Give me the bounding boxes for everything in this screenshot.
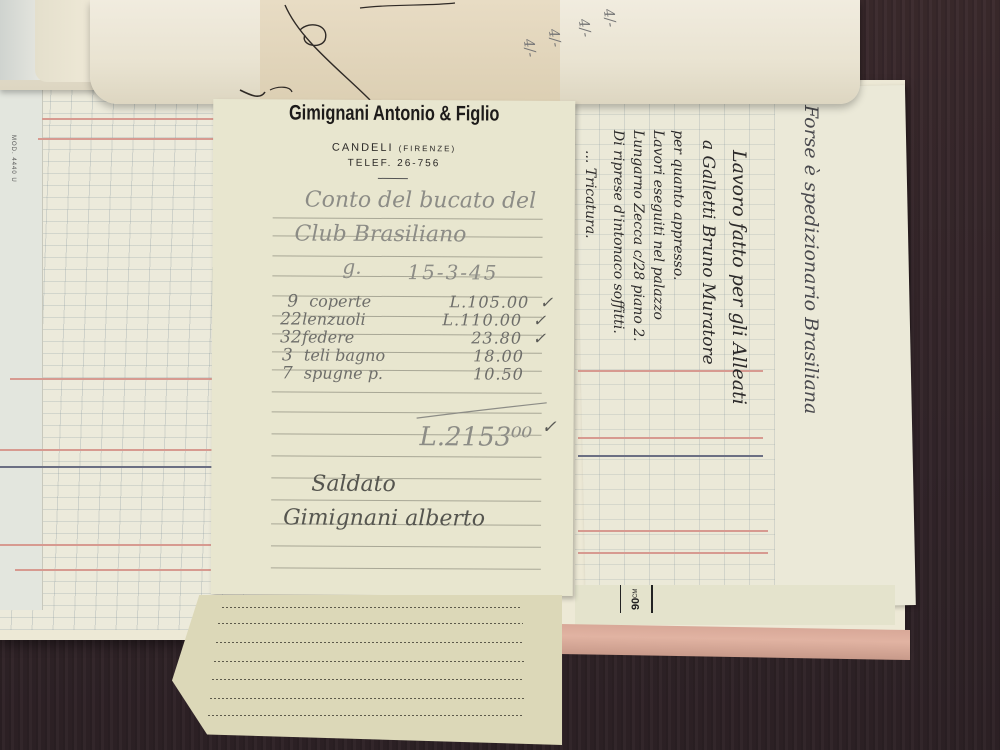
receipt-title-line-2: Club Brasiliano — [295, 221, 467, 247]
right-sheet-line: a Galletti Bruno Muratore — [698, 140, 718, 365]
tag-dotted-line — [218, 623, 523, 624]
ledger-red-rule — [0, 449, 230, 451]
margin-note: Forse è spedizionario Brasiliana — [800, 105, 822, 414]
total-check-icon: ✓ — [542, 417, 557, 438]
receipt-total: L.2153⁰⁰ — [419, 422, 532, 453]
company-name: Gimignani Antonio & Figlio — [253, 101, 535, 126]
ledger-red-rule — [10, 378, 238, 380]
item-amount: L.105.00 — [449, 292, 529, 311]
check-mark-icon: ✓ — [533, 329, 547, 348]
size-unit: CM — [633, 588, 639, 597]
company-phone: TELEF. 26-756 — [213, 157, 575, 170]
receipt-rule — [272, 255, 542, 257]
item-amount: 10.50 — [473, 364, 524, 383]
ledger-red-rule — [0, 544, 218, 546]
item-amount: L.110.00 — [442, 310, 522, 329]
item-description: spugne p. — [304, 364, 383, 383]
ledger-spine-strip — [0, 90, 43, 610]
right-sheet-line: Lungarno Zecca c/28 piano 2. — [630, 130, 646, 342]
receipt-rule — [271, 545, 541, 547]
item-qty: 7 — [282, 363, 293, 383]
right-sheet-line: per quanto appresso. — [670, 130, 686, 281]
curled-page-edge — [0, 0, 40, 80]
line-item: 7 spugne p. 10.50 — [282, 363, 552, 384]
right-sheet-line: Lavori eseguiti nel palazzo — [650, 130, 666, 320]
item-description: lenzuoli — [302, 310, 366, 329]
pencil-mark: 4/- — [600, 8, 619, 29]
city-name: CANDELI — [332, 142, 394, 154]
company-city: CANDELI (FIRENZE) — [213, 141, 575, 155]
size-label: 90 CM — [620, 585, 653, 613]
sheet-red-rule — [578, 530, 768, 532]
receipt-rule — [271, 455, 541, 457]
ledger-spine-mark: MOD. 4440 U — [10, 135, 16, 183]
pencil-mark: 4/- — [520, 38, 539, 59]
tag-card — [172, 595, 562, 745]
pink-paper-stack — [560, 624, 910, 660]
item-amount: 18.00 — [473, 346, 524, 365]
right-sheet-heading: Lavoro fatto per gli Alleati — [728, 150, 750, 405]
province-name: (FIRENZE) — [399, 144, 457, 153]
receipt-sheet: Gimignani Antonio & Figlio CANDELI (FIRE… — [211, 99, 576, 596]
right-sheet-line: ... Tricatura. — [582, 150, 598, 239]
curled-page-edge — [35, 0, 95, 82]
tag-dotted-line — [222, 607, 522, 608]
saldato-label: Saldato — [311, 472, 396, 497]
pencil-mark: 4/- — [575, 18, 594, 39]
tag-dotted-line — [212, 679, 524, 680]
check-mark-icon: ✓ — [533, 311, 547, 330]
receipt-rule — [271, 567, 541, 569]
size-number: 90 — [630, 598, 642, 610]
check-mark-icon: ✓ — [540, 293, 554, 312]
ledger-red-rule — [15, 569, 215, 571]
receipt-date-prefix: g. — [342, 255, 361, 279]
tag-dotted-line — [210, 698, 524, 699]
total-underline — [412, 400, 552, 421]
item-description: coperte — [309, 292, 371, 311]
receipt-rule — [272, 391, 542, 393]
receipt-rule — [271, 499, 541, 501]
item-amount: 23.80 — [471, 328, 522, 347]
sheet-red-rule — [578, 437, 763, 439]
tag-dotted-line — [214, 661, 524, 662]
receipt-title-line-1: Conto del bucato del — [305, 188, 537, 214]
ink-scribble — [230, 0, 500, 110]
item-description: teli bagno — [304, 346, 385, 365]
ornament-rule — [378, 178, 408, 179]
tag-dotted-line — [216, 642, 524, 643]
sheet-blue-rule — [578, 455, 763, 457]
receipt-rule — [273, 217, 543, 219]
ledger-blue-rule — [0, 466, 226, 468]
receipt-date: 15-3-45 — [407, 260, 498, 284]
sheet-red-rule — [578, 552, 768, 554]
signature: Gimignani alberto — [283, 505, 485, 531]
pencil-mark: 4/- — [545, 28, 564, 49]
tag-dotted-line — [208, 715, 524, 716]
item-description: federe — [302, 328, 354, 347]
right-sheet-line: Di riprese d'intonaco soffitti. — [610, 130, 626, 334]
